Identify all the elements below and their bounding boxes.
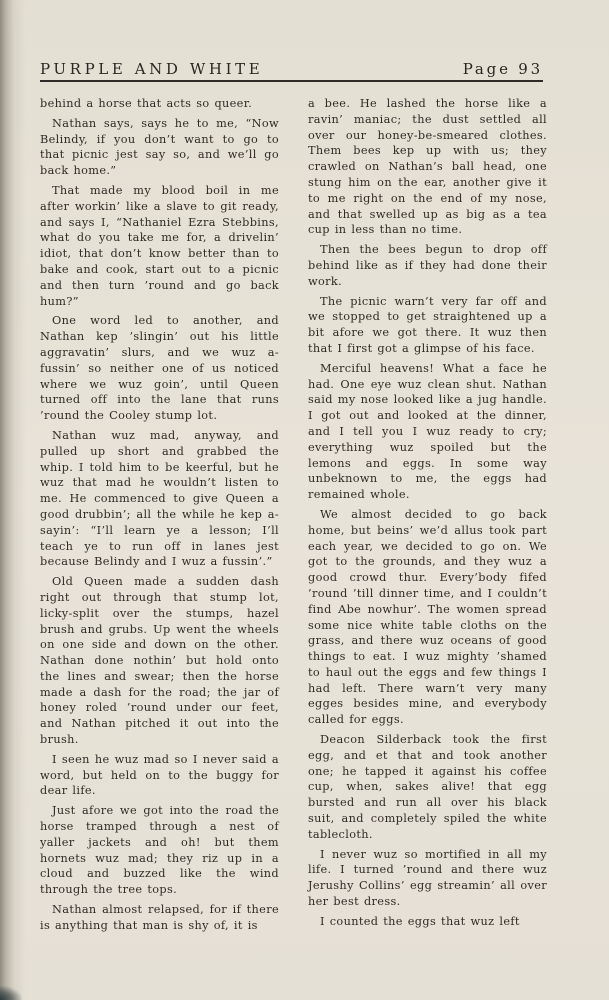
left-column: behind a horse that acts so queer. Natha… bbox=[40, 96, 279, 934]
paragraph: Nathan almost relapsed, for if there is … bbox=[40, 902, 279, 934]
paragraph: I seen he wuz mad so I never said a word… bbox=[40, 752, 279, 799]
paragraph: That made my blood boil in me after work… bbox=[40, 183, 279, 309]
paragraph: One word led to another, and Nathan kep … bbox=[40, 313, 279, 424]
paragraph: Old Queen made a sudden dash right out t… bbox=[40, 574, 279, 748]
binding-shadow bbox=[0, 986, 22, 1000]
paragraph: Nathan wuz mad, anyway, and pulled up sh… bbox=[40, 428, 279, 570]
paragraph: behind a horse that acts so queer. bbox=[40, 96, 279, 112]
paragraph: Then the bees begun to drop off behind l… bbox=[308, 242, 547, 289]
paragraph: Nathan says, says he to me, “Now Belindy… bbox=[40, 116, 279, 179]
paragraph: a bee. He lashed the horse like a ravin’… bbox=[308, 96, 547, 238]
paragraph: We almost decided to go back home, but b… bbox=[308, 507, 547, 728]
paragraph: The picnic warn’t very far off and we st… bbox=[308, 294, 547, 357]
magazine-page: PURPLE AND WHITE Page 93 behind a horse … bbox=[0, 0, 609, 1000]
paragraph: I never wuz so mortified in all my life.… bbox=[308, 847, 547, 910]
paragraph: I counted the eggs that wuz left bbox=[308, 914, 547, 930]
paragraph: Merciful heavens! What a face he had. On… bbox=[308, 361, 547, 503]
paragraph: Just afore we got into the road the hors… bbox=[40, 803, 279, 898]
right-column: a bee. He lashed the horse like a ravin’… bbox=[308, 96, 547, 930]
header-rule bbox=[40, 80, 543, 82]
page-header: PURPLE AND WHITE Page 93 bbox=[40, 58, 543, 84]
paragraph: Deacon Silderback took the first egg, an… bbox=[308, 732, 547, 843]
page-number: Page 93 bbox=[463, 60, 543, 78]
running-title: PURPLE AND WHITE bbox=[40, 60, 263, 78]
